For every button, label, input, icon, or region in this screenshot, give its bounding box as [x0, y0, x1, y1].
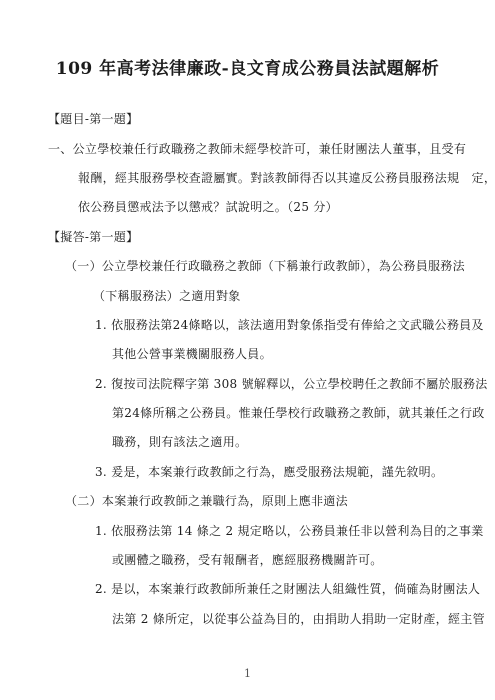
doc-line: 一、公立學校兼任行政職務之教師未經學校許可，兼任財團法人董事，且受有: [0, 133, 495, 162]
doc-line: （一）公立學校兼任行政職務之教師（下稱兼行政教師），為公務員服務法: [0, 251, 495, 280]
section-header-question-1: 【題目-第一題】: [0, 104, 495, 133]
page-number: 1: [0, 667, 495, 680]
doc-line: 其他公營事業機關服務人員。: [0, 339, 495, 368]
section-header-answer-1: 【擬答-第一題】: [0, 222, 495, 251]
document-title: 109 年高考法律廉政-良文育成公務員法試題解析: [0, 54, 495, 79]
document-body: 【題目-第一題】 一、公立學校兼任行政職務之教師未經學校許可，兼任財團法人董事，…: [0, 104, 495, 633]
document-page: 109 年高考法律廉政-良文育成公務員法試題解析 【題目-第一題】 一、公立學校…: [0, 0, 495, 700]
doc-line: 3. 爰是，本案兼行政教師之行為，應受服務法規範，謹先敘明。: [0, 457, 495, 486]
doc-line: 法第 2 條所定，以從事公益為目的，由捐助人捐助一定財產，經主管: [0, 604, 495, 633]
doc-line: （下稱服務法）之適用對象: [0, 280, 495, 309]
doc-line: 1. 依服務法第24條略以，該法適用對象係指受有俸給之文武職公務員及: [0, 310, 495, 339]
doc-line: 第24條所稱之公務員。惟兼任學校行政職務之教師，就其兼任之行政: [0, 398, 495, 427]
doc-line: 依公務員懲戒法予以懲戒？試說明之。（25 分）: [0, 192, 495, 221]
doc-line: 2. 是以，本案兼行政教師所兼任之財團法人組織性質，倘確為財團法人: [0, 574, 495, 603]
doc-line: 或團體之職務，受有報酬者，應經服務機關許可。: [0, 545, 495, 574]
doc-line: 報酬，經其服務學校查證屬實。對該教師得否以其違反公務員服務法規 定，: [0, 163, 495, 192]
doc-line: 2. 復按司法院釋字第 308 號解釋以，公立學校聘任之教師不屬於服務法: [0, 369, 495, 398]
doc-line: （二）本案兼行政教師之兼職行為，原則上應非適法: [0, 486, 495, 515]
doc-line: 1. 依服務法第 14 條之 2 規定略以，公務員兼任非以營利為目的之事業: [0, 515, 495, 544]
doc-line: 職務，則有該法之適用。: [0, 427, 495, 456]
